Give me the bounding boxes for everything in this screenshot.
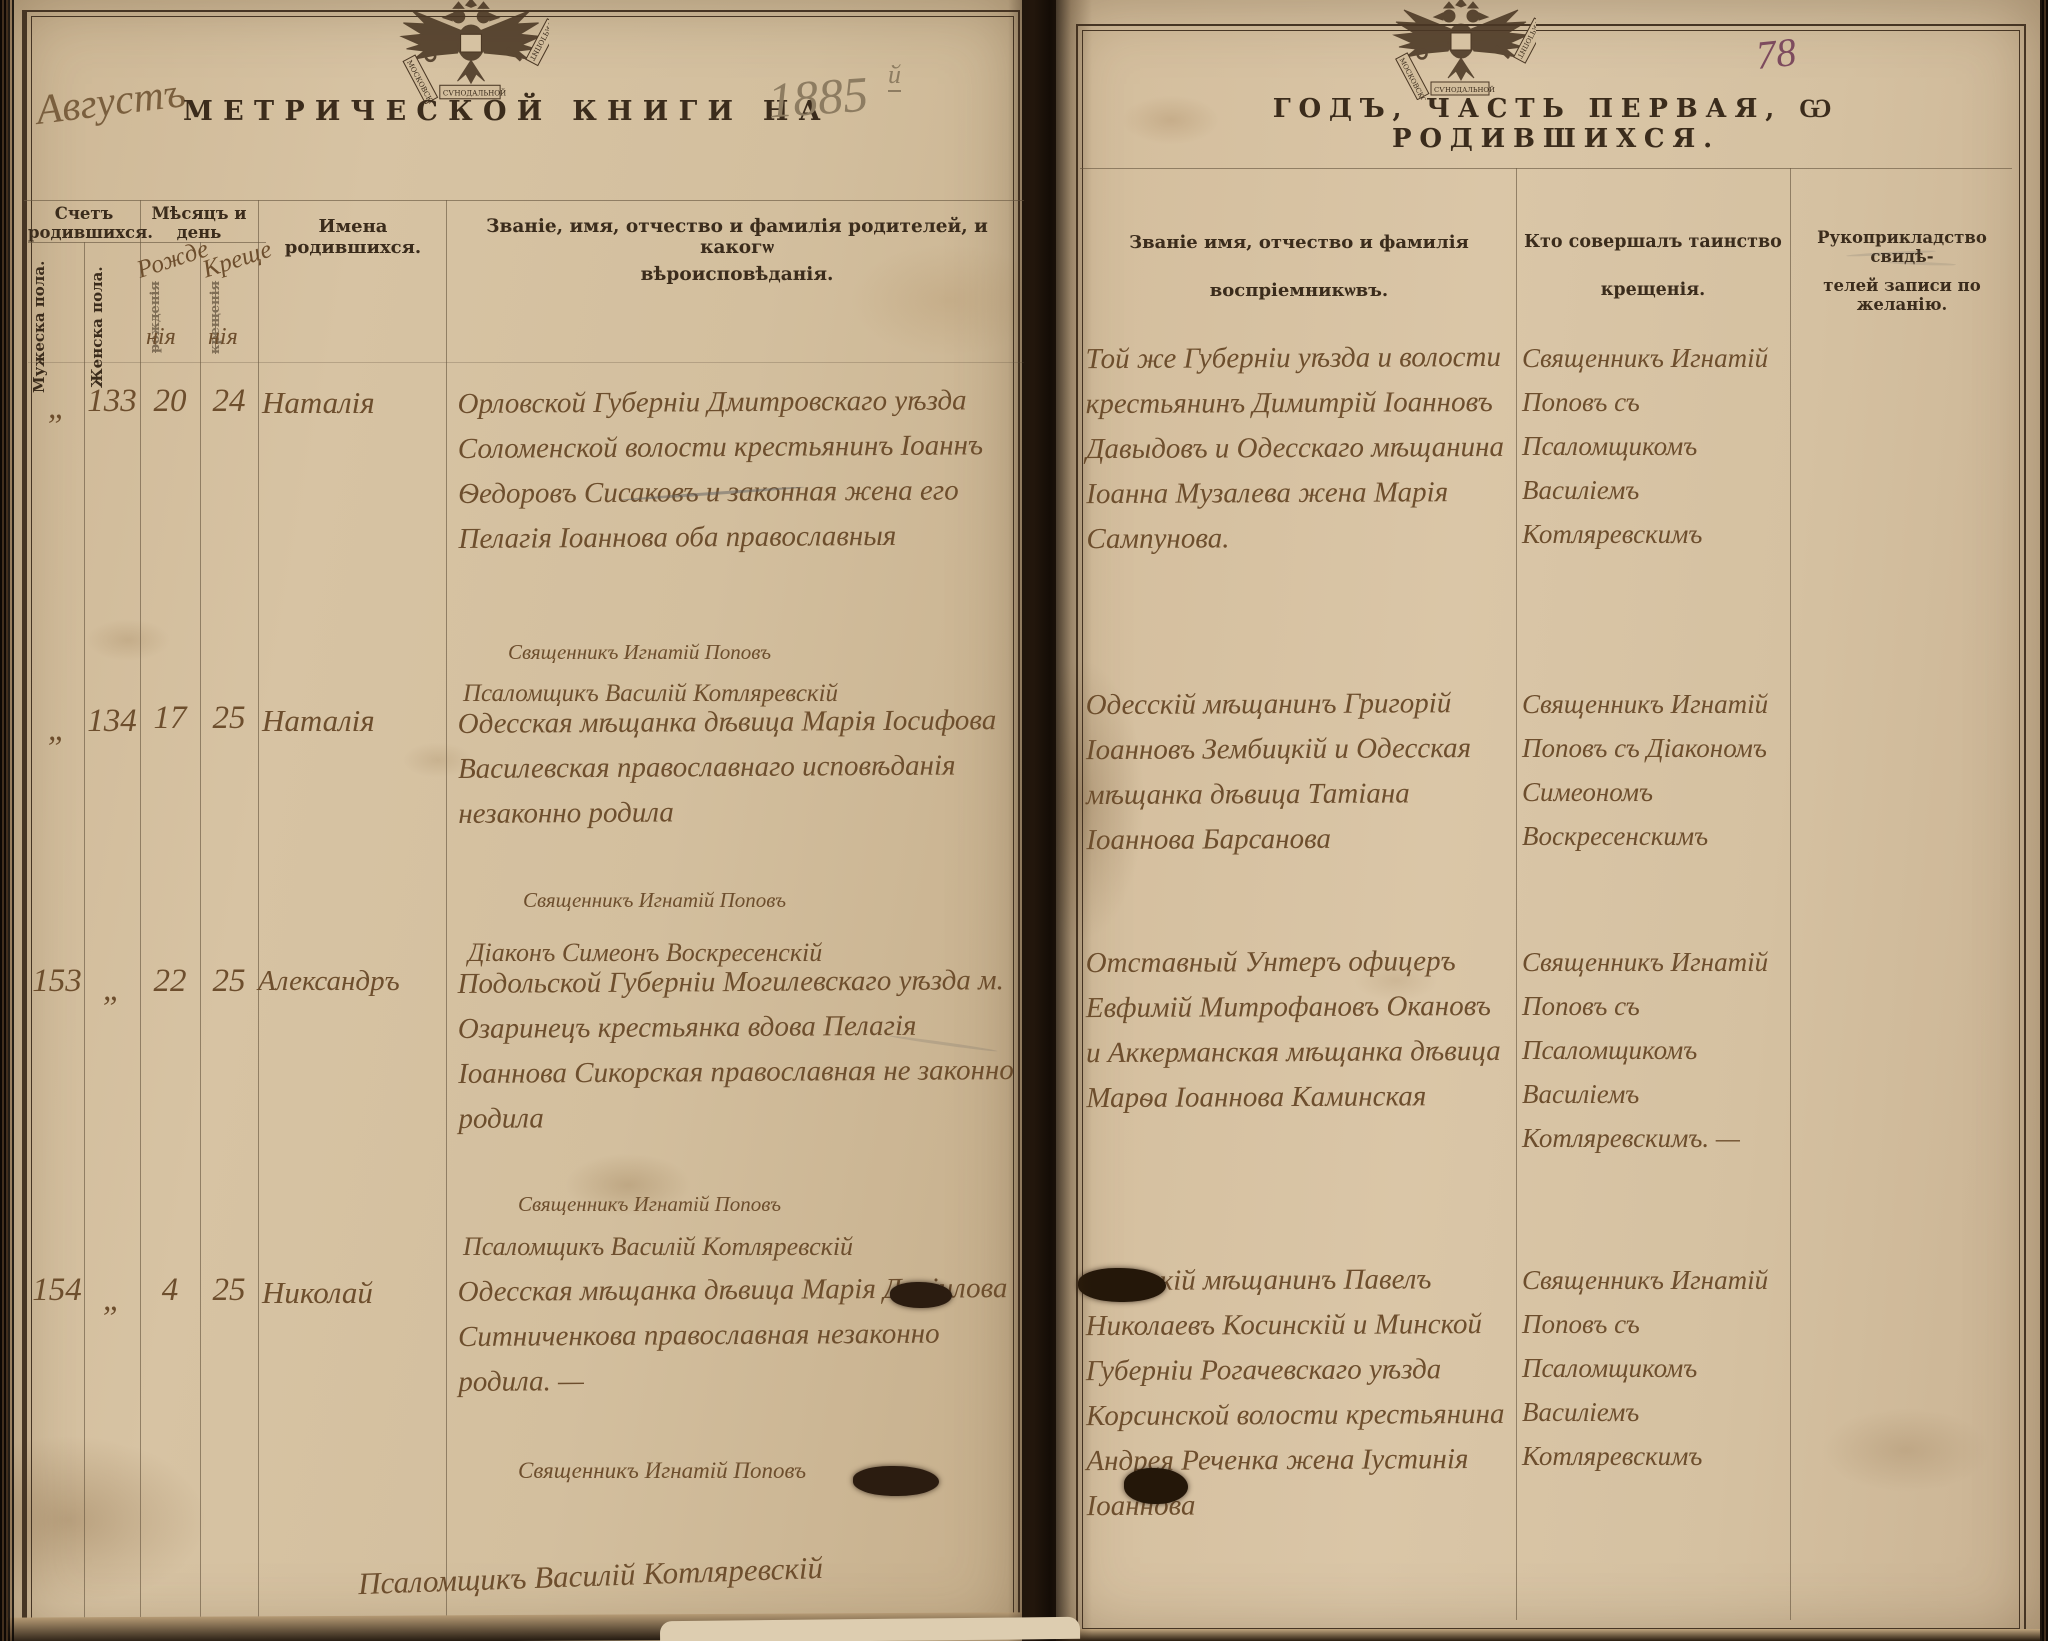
ink-blob [890,1282,952,1308]
header-birth-sub2: нія [146,324,176,351]
clergy-signature: Священникъ Игнатій Поповъ [518,1458,806,1484]
record-officiant: Священникъ Игнатій Поповъ съ Псаломщиком… [1522,1258,1782,1478]
header-parents-2: вѣроисповѣданія. [454,264,1020,285]
underlying-page-sliver [660,1617,1080,1641]
record-birth-day: 22 [142,963,198,1000]
page-bottom-edge [1056,1629,2040,1641]
record-birth-day: 20 [142,383,198,420]
left-page: МОСКОВСКОЙ СѴНОДАЛЬНОЙ ТИПОГРАФІИ Август… [8,0,1022,1641]
header-witnesses-1: Рукоприкладство свидѣ- [1794,228,2010,266]
clergy-signature: Псаломщикъ Василій Котляревскій [463,1232,853,1262]
record-female-no: „ [86,1282,138,1319]
header-baptism-sub2: нія [208,324,238,351]
record-birth-day: 4 [142,1272,198,1309]
synodal-emblem-icon: МОСКОВСКОЙ СѴНОДАЛЬНОЙ ТИПОГРАФІИ [393,0,549,104]
header-parents-1: Званіе, имя, отчество и фамилія родителе… [454,216,1020,259]
record-officiant: Священникъ Игнатій Поповъ съ Діакономъ С… [1522,682,1782,858]
header-godparents-2: воспріемникѡвъ. [1084,280,1514,301]
header-count-female: Женска пола. [88,252,138,402]
record-birth-day: 17 [142,700,198,737]
record-officiant: Священникъ Игнатій Поповъ съ Псаломщиком… [1522,336,1782,556]
synodal-emblem-icon: МОСКОВСКОЙ СѴНОДАЛЬНОЙ ТИПОГРАФІИ [1386,0,1536,100]
metrical-book-spread: МОСКОВСКОЙ СѴНОДАЛЬНОЙ ТИПОГРАФІИ Август… [0,0,2048,1641]
record-parents: Подольской Губерніи Могилевскаго уѣзда м… [457,958,1020,1142]
header-officiant-1: Кто совершалъ таинство [1518,232,1788,252]
right-page: МОСКОВСКОЙ СѴНОДАЛЬНОЙ ТИПОГРАФІИ 78 ГОД… [1056,0,2040,1641]
page-number: 78 [1754,28,1799,79]
header-godparents-1: Званіе имя, отчество и фамилія [1084,232,1514,253]
record-male-no: 154 [32,1272,82,1309]
record-baptism-day: 25 [202,963,256,1000]
header-officiant-2: крещенія. [1518,280,1788,300]
title-year: 1885 [766,65,870,130]
right-page-title: ГОДЪ, ЧАСТЬ ПЕРВАЯ, Ѡ РОДИВШИХСЯ. [1116,94,1996,154]
paper-hole [1124,1468,1188,1504]
left-page-title: МЕТРИЧЕСКОЙ КНИГИ НА [183,96,831,127]
clergy-signature: Священникъ Игнатій Поповъ [523,888,786,913]
record-female-no: „ [86,972,138,1009]
record-baptism-day: 25 [202,700,256,737]
record-name: Николай [262,1275,452,1311]
book-right-edge [2042,0,2048,1641]
binding-gutter [1008,0,1092,1641]
clergy-signature: Священникъ Игнатій Поповъ [518,1192,781,1217]
header-count-group: Счетъ родившихся. [28,204,140,242]
record-name: Наталія [262,703,448,739]
record-godparents: Той же Губерніи уѣзда и волости крестьян… [1085,335,1512,562]
record-male-no: „ [32,390,82,427]
record-parents: Орловской Губерніи Дмитровскаго уѣзда Со… [457,378,1020,562]
record-male-no: „ [32,712,82,749]
banner-middle-text: СѴНОДАЛЬНОЙ [1434,85,1495,94]
book-left-edge [0,0,14,1641]
record-name: Наталія [262,385,448,421]
record-godparents: Отставный Унтеръ офицеръ Евфимій Митрофа… [1086,939,1513,1121]
record-male-no: 153 [32,963,82,1000]
header-names: Имена родившихся. [260,216,446,258]
record-baptism-day: 24 [202,383,256,420]
clergy-signature: Священникъ Игнатій Поповъ [508,640,771,665]
record-godparents: Одесскій мѣщанинъ Григорій Іоанновъ Земб… [1086,681,1513,863]
record-officiant: Священникъ Игнатій Поповъ съ Псаломщиком… [1522,940,1782,1160]
record-female-no: 134 [86,703,138,740]
record-baptism-day: 25 [202,1272,256,1309]
ink-blob [853,1466,939,1496]
title-year-suffix: й [888,60,901,92]
record-female-no: 133 [86,383,138,420]
record-parents: Одесская мѣщанка дѣвица Марія Іосифова В… [458,698,1021,837]
record-name: Александръ [258,965,454,998]
header-count-male: Мужеска пола. [30,252,82,402]
header-witnesses-2: телей записи по желанію. [1794,276,2010,314]
